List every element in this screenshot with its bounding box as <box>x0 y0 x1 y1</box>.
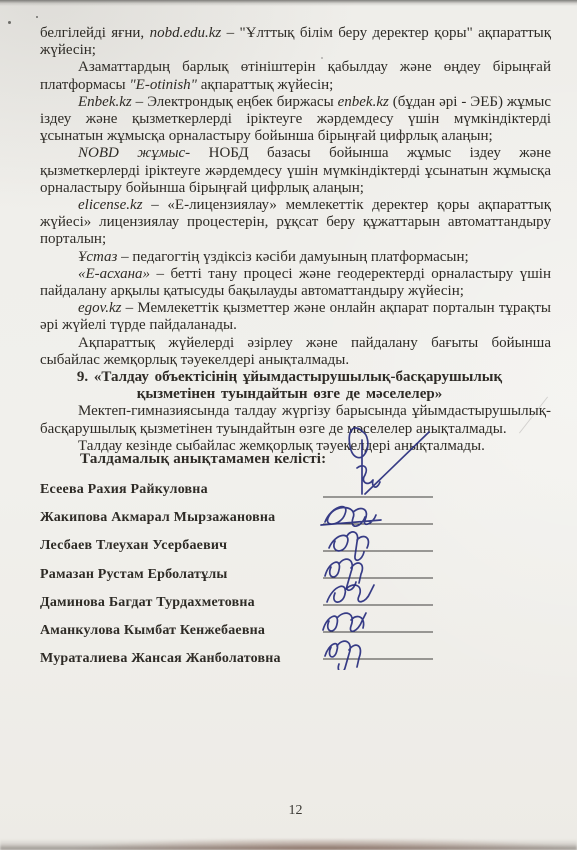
signature-stroke <box>323 613 366 631</box>
signatory-name: Есеева Рахия Райкуловна <box>40 476 340 504</box>
signatory-name: Жакипова Акмарал Мырзажановна <box>40 504 340 532</box>
paragraph: NOBD жұмыс- НОБД базасы бойынша жұмыс із… <box>40 145 551 197</box>
agreement-heading: Талдамалық анықтамамен келісті: <box>80 451 326 468</box>
scan-speck <box>8 21 11 24</box>
signatory-name: Лесбаев Тлеухан Усербаевич <box>40 532 340 560</box>
paragraph: Ақпараттық жүйелерді әзірлеу және пайдал… <box>40 335 551 369</box>
page-number: 12 <box>0 803 577 819</box>
signature-stroke <box>329 532 368 560</box>
paragraph: Мектеп-гимназиясында талдау жүргізу бары… <box>40 403 551 437</box>
signature-stroke <box>321 507 381 527</box>
scan-speck <box>36 16 38 18</box>
scan-bottom-edge <box>0 839 577 850</box>
signature-stroke <box>325 641 360 670</box>
signature-stroke <box>349 428 429 494</box>
scan-top-edge <box>0 0 577 6</box>
signature-block <box>305 420 455 670</box>
section-heading: 9. «Талдау объектісінің ұйымдастырушылық… <box>40 369 551 403</box>
paragraph: белгілейді яғни, nobd.edu.kz – "Ұлттық б… <box>40 25 551 59</box>
paragraph: Enbek.kz – Электрондық еңбек биржасы enb… <box>40 94 551 146</box>
paragraph: Ұстаз – педагогтің үздіксіз кәсіби дамуы… <box>40 249 551 266</box>
signature-stroke <box>327 585 374 602</box>
signatory-name: Мураталиева Жансая Жанболатовна <box>40 645 340 673</box>
paragraph: egov.kz – Мемлекеттік қызметтер және онл… <box>40 300 551 334</box>
paragraph: elicense.kz – «Е-лицензиялау» мемлекетті… <box>40 197 551 249</box>
body-text: белгілейді яғни, nobd.edu.kz – "Ұлттық б… <box>40 25 551 455</box>
signature-strokes <box>321 428 429 670</box>
document-page: белгілейді яғни, nobd.edu.kz – "Ұлттық б… <box>0 0 577 850</box>
paragraph: Азаматтардың барлық өтініштерін қабылдау… <box>40 59 551 93</box>
paragraph: «Е-асхана» – бетті тану процесі және гео… <box>40 266 551 300</box>
signatory-name: Даминова Багдат Турдахметовна <box>40 589 340 617</box>
signatory-name: Рамазан Рустам Ерболатұлы <box>40 561 340 589</box>
signatories: Есеева Рахия РайкуловнаЖакипова Акмарал … <box>40 476 340 673</box>
signatory-name: Аманкулова Кымбат Кенжебаевна <box>40 617 340 645</box>
